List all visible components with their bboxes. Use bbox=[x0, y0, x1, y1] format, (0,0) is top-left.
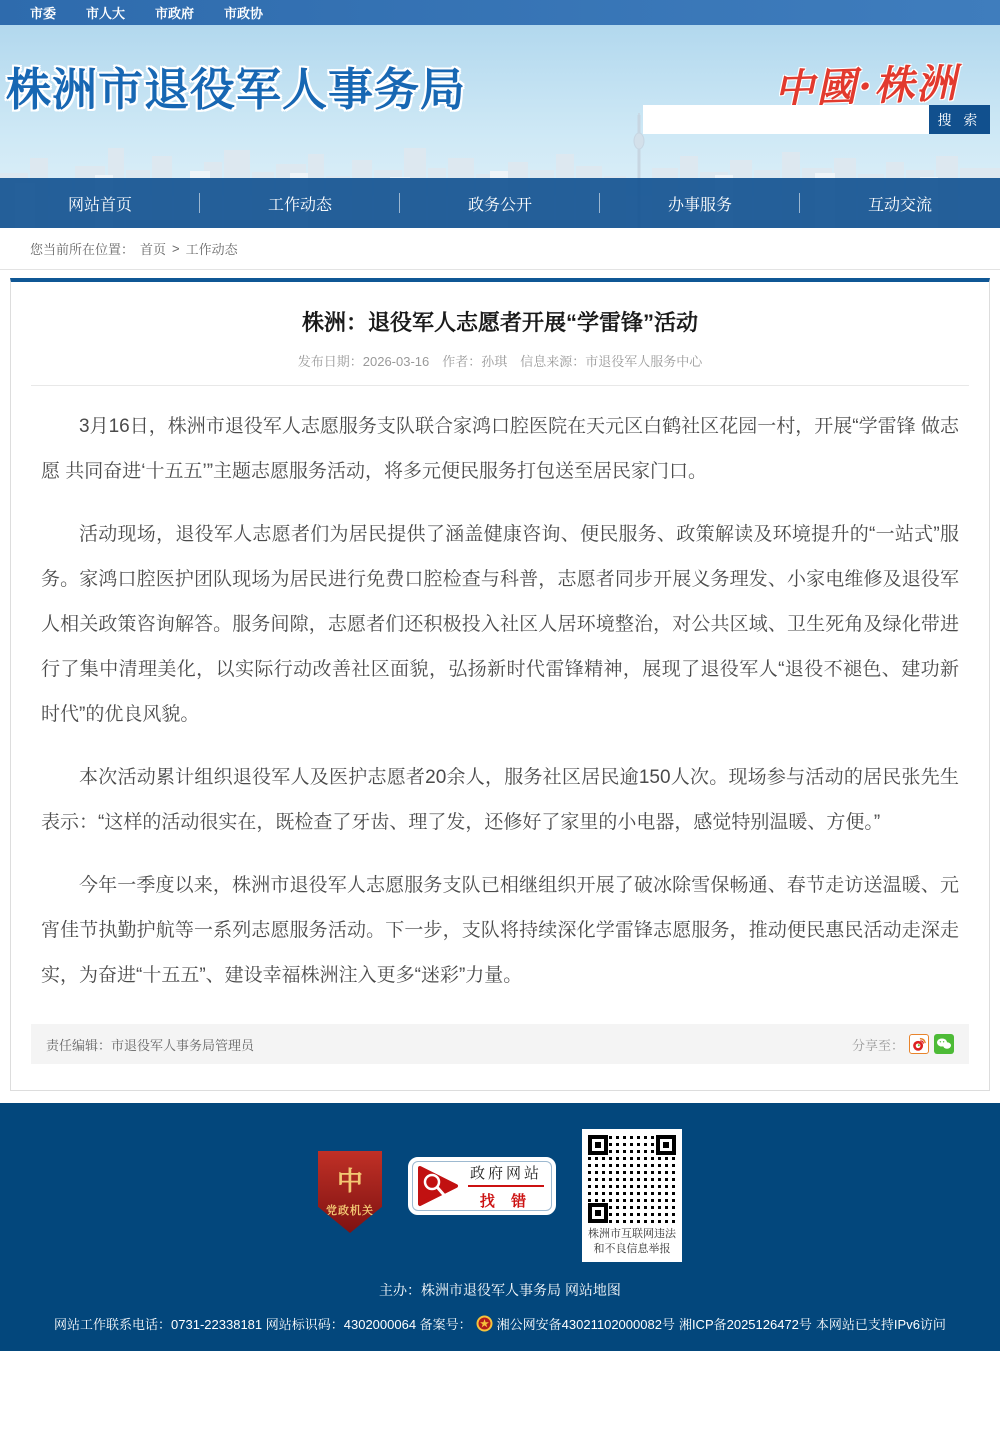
article-paragraph: 3月16日，株洲市退役军人志愿服务支队联合家鸿口腔医院在天元区白鹤社区花园一村，… bbox=[41, 404, 959, 494]
party-gov-badge[interactable]: 中 党政机关 bbox=[318, 1151, 382, 1233]
ipv6-text: 本网站已支持IPv6访问 bbox=[816, 1314, 946, 1333]
article-body: 3月16日，株洲市退役军人志愿服务支队联合家鸿口腔医院在天元区白鹤社区花园一村，… bbox=[31, 404, 969, 998]
breadcrumb-current-link[interactable]: 工作动态 bbox=[186, 239, 238, 258]
footer-host-line: 主办：株洲市退役军人事务局 网站地图 bbox=[0, 1280, 1000, 1300]
article-panel: 株洲：退役军人志愿者开展“学雷锋”活动 发布日期：2026-03-16 作者：孙… bbox=[10, 278, 990, 1091]
breadcrumb-label: 您当前所在位置： bbox=[30, 239, 134, 258]
main-nav: 网站首页 工作动态 政务公开 办事服务 互动交流 bbox=[0, 178, 1000, 228]
toplink-zhengxie[interactable]: 市政协 bbox=[224, 3, 263, 22]
article-paragraph: 活动现场，退役军人志愿者们为居民提供了涵盖健康咨询、便民服务、政策解读及环境提升… bbox=[41, 512, 959, 737]
article-title: 株洲：退役军人志愿者开展“学雷锋”活动 bbox=[31, 306, 969, 337]
nav-item-work-news[interactable]: 工作动态 bbox=[200, 178, 400, 228]
toplink-shiwei[interactable]: 市委 bbox=[30, 3, 56, 22]
breadcrumb: 您当前所在位置： 首页 > 工作动态 bbox=[0, 228, 1000, 270]
breadcrumb-separator: > bbox=[172, 241, 180, 256]
police-badge-icon bbox=[476, 1315, 493, 1332]
party-emblem-icon: 中 bbox=[337, 1161, 363, 1198]
footer-badges: 中 党政机关 政府网站 找 错 株洲市互联网违法 和不良信息举报 bbox=[0, 1129, 1000, 1262]
top-links-bar: 市委 市人大 市政府 市政协 bbox=[0, 0, 1000, 25]
party-gov-badge-label: 党政机关 bbox=[326, 1202, 374, 1218]
magnifier-flag-icon bbox=[416, 1164, 460, 1208]
sitemap-link[interactable]: 网站地图 bbox=[565, 1282, 621, 1298]
footer-record-line: 网站工作联系电话：0731-22338181 网站标识码：4302000064 … bbox=[0, 1314, 1000, 1333]
wechat-share-icon[interactable] bbox=[934, 1034, 954, 1054]
icp-beian-link[interactable]: 湘ICP备2025126472号 bbox=[679, 1314, 812, 1333]
title-divider bbox=[31, 385, 969, 386]
find-error-label: 找 错 bbox=[468, 1190, 544, 1211]
site-title: 株洲市退役军人事务局 bbox=[6, 53, 466, 118]
gov-site-label: 政府网站 bbox=[468, 1162, 544, 1187]
toplink-zhengfu[interactable]: 市政府 bbox=[155, 3, 194, 22]
search-input[interactable] bbox=[643, 105, 929, 134]
page-footer: 中 党政机关 政府网站 找 错 株洲市互联网违法 和不良信息举报 主办 bbox=[0, 1103, 1000, 1351]
share-row: 分享至： bbox=[852, 1034, 954, 1054]
article-meta: 发布日期：2026-03-16 作者：孙琪 信息来源：市退役军人服务中心 bbox=[31, 351, 969, 370]
nav-item-home[interactable]: 网站首页 bbox=[0, 178, 200, 228]
banner: 株洲市退役军人事务局 中國·株洲 搜 索 网站首页 工作动态 政务公开 办事服务… bbox=[0, 25, 1000, 228]
qr-code-image bbox=[588, 1135, 676, 1223]
qr-caption: 株洲市互联网违法 和不良信息举报 bbox=[587, 1227, 677, 1257]
editor-credit: 责任编辑：市退役军人事务局管理员 bbox=[46, 1035, 254, 1054]
gov-site-error-report-badge[interactable]: 政府网站 找 错 bbox=[408, 1157, 556, 1215]
article-paragraph: 今年一季度以来，株洲市退役军人志愿服务支队已相继组织开展了破冰除雪保畅通、春节走… bbox=[41, 863, 959, 998]
nav-item-gov-info[interactable]: 政务公开 bbox=[400, 178, 600, 228]
weibo-share-icon[interactable] bbox=[909, 1034, 929, 1054]
contact-text: 网站工作联系电话：0731-22338181 网站标识码：4302000064 … bbox=[54, 1314, 472, 1333]
gongan-beian-link[interactable]: 湘公网安备43021102000082号 bbox=[497, 1314, 675, 1333]
toplink-renda[interactable]: 市人大 bbox=[86, 3, 125, 22]
gov-site-error-text: 政府网站 找 错 bbox=[468, 1162, 544, 1211]
editor-bar: 责任编辑：市退役军人事务局管理员 分享至： bbox=[31, 1024, 969, 1064]
host-label: 主办：株洲市退役军人事务局 bbox=[379, 1282, 561, 1298]
report-qr-code[interactable]: 株洲市互联网违法 和不良信息举报 bbox=[582, 1129, 682, 1262]
search-box: 搜 索 bbox=[643, 105, 990, 134]
article-paragraph: 本次活动累计组织退役军人及医护志愿者20余人，服务社区居民逾150人次。现场参与… bbox=[41, 755, 959, 845]
breadcrumb-home-link[interactable]: 首页 bbox=[140, 239, 166, 258]
search-button[interactable]: 搜 索 bbox=[929, 105, 990, 134]
nav-item-interaction[interactable]: 互动交流 bbox=[800, 178, 1000, 228]
share-label: 分享至： bbox=[852, 1035, 904, 1054]
nav-item-services[interactable]: 办事服务 bbox=[600, 178, 800, 228]
